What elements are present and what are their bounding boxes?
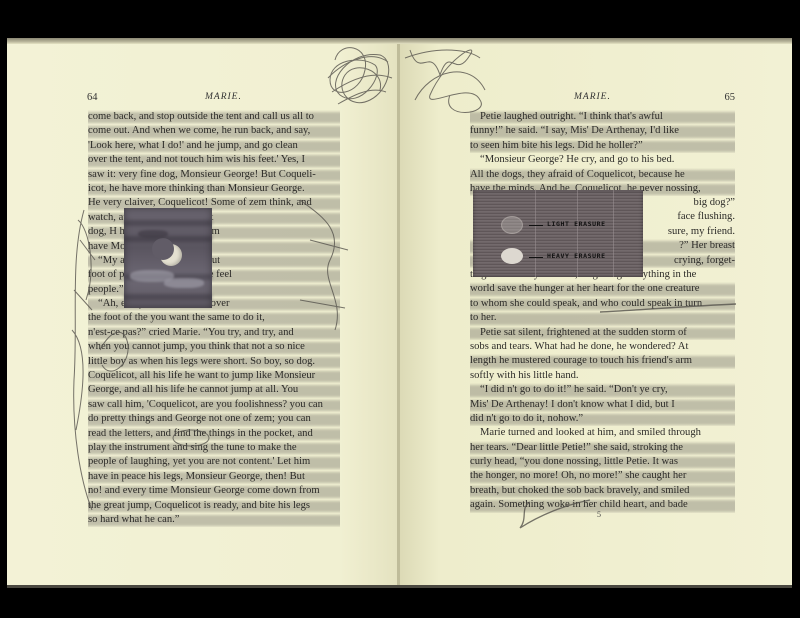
- text-line: curly head, “you done nossing, little Pe…: [470, 455, 735, 469]
- text-line: the great jump, Coquelicot is ready, and…: [88, 499, 340, 513]
- text-line: no! and every time Monsieur George come …: [88, 484, 340, 498]
- text-line: the honger, no more! Oh, no more!” she c…: [470, 469, 735, 483]
- text-line: when you cannot jump, you think that not…: [88, 340, 340, 354]
- text-line: her tears. “Dear little Petie!” she said…: [470, 441, 735, 455]
- moon-collage-image: [124, 208, 212, 308]
- text-line: saw it: very fine dog, Monsieur George! …: [88, 168, 340, 182]
- right-page-text-top: Petie laughed outright. “I think that's …: [470, 110, 735, 196]
- text-line: come back, and stop outside the tent and…: [88, 110, 340, 124]
- text-line: funny!” he said. “I say, Mis' De Arthena…: [470, 124, 735, 138]
- text-line: the foot of the you want the same to do …: [88, 311, 340, 325]
- page-number-right: 65: [725, 92, 736, 103]
- signature-mark: 5: [597, 510, 601, 519]
- text-line: n'est-ce pas?” cried Marie. “You try, an…: [88, 326, 340, 340]
- text-line: do pretty things and George not one of z…: [88, 412, 340, 426]
- text-line: 'Look here, what I do!' and he jump, and…: [88, 139, 340, 153]
- page-number-left: 64: [87, 92, 98, 103]
- text-line: Mis' De Arthenay! I don't know what I di…: [470, 398, 735, 412]
- text-line: so hard what he can.”: [88, 513, 340, 527]
- text-line: Petie sat silent, frightened at the sudd…: [470, 326, 735, 340]
- text-line: play the instrument and sing the tune to…: [88, 441, 340, 455]
- text-line: did n't go to do it, nohow.”: [470, 412, 735, 426]
- text-line: to seen him bite his legs. Did he holler…: [470, 139, 735, 153]
- text-line: come out. And when we come, he run back,…: [88, 124, 340, 138]
- erasure-legend-image: LIGHT ERASURE HEAVY ERASURE: [473, 190, 643, 277]
- book-bottom-edge: [7, 585, 792, 588]
- running-head-left: MARIE.: [205, 92, 242, 102]
- text-line: Petie laughed outright. “I think that's …: [470, 110, 735, 124]
- left-page-header: 64 MARIE.: [87, 92, 347, 103]
- light-erasure-label: LIGHT ERASURE: [547, 220, 606, 228]
- heavy-erasure-label: HEAVY ERASURE: [547, 252, 606, 260]
- right-page-text-bottom: ting the child by her side, forgetting e…: [470, 268, 735, 513]
- text-line: people of laughing, yet you are not cont…: [88, 455, 340, 469]
- text-line: sobs and tears. What had he done, he won…: [470, 340, 735, 354]
- text-line: softly with his little hand.: [470, 369, 735, 383]
- light-erasure-swatch: [501, 216, 523, 234]
- text-line: Marie turned and looked at him, and smil…: [470, 426, 735, 440]
- text-line: world save the hunger at her heart for t…: [470, 282, 735, 296]
- text-line: breath, but choked the sob back bravely,…: [470, 484, 735, 498]
- text-line: “Monsieur George? He cry, and go to his …: [470, 153, 735, 167]
- heavy-erasure-swatch: [501, 248, 523, 264]
- text-line: to whom she could speak, and who could s…: [470, 297, 735, 311]
- left-page-text: come back, and stop outside the tent and…: [88, 110, 340, 527]
- left-page: 64 MARIE. come back, and stop outside th…: [7, 44, 398, 585]
- text-line: icot, he have more thinking than Monsieu…: [88, 182, 340, 196]
- text-line: length he mustered courage to touch his …: [470, 354, 735, 368]
- text-line: again. Something woke in her child heart…: [470, 498, 735, 512]
- text-line: little boy as when his legs were short. …: [88, 355, 340, 369]
- text-line: to her.: [470, 311, 735, 325]
- text-line: saw call him, 'Coquelicot, are you fooli…: [88, 398, 340, 412]
- text-line: have in peace his legs, Monsieur George,…: [88, 470, 340, 484]
- text-line: read the letters, and find the things in…: [88, 427, 340, 441]
- running-head-right: MARIE.: [574, 92, 611, 102]
- text-line: George, and all his life he cannot jump …: [88, 383, 340, 397]
- open-book: 64 MARIE. come back, and stop outside th…: [7, 38, 792, 588]
- text-line: All the dogs, they afraid of Coquelicot,…: [470, 168, 735, 182]
- right-page: MARIE. 65 Petie laughed outright. “I thi…: [400, 44, 792, 585]
- text-line: over the tent, and not touch him wis his…: [88, 153, 340, 167]
- text-line: Coquelicot, all his life he want to jump…: [88, 369, 340, 383]
- text-line: “I did n't go to do it!” he said. “Don't…: [470, 383, 735, 397]
